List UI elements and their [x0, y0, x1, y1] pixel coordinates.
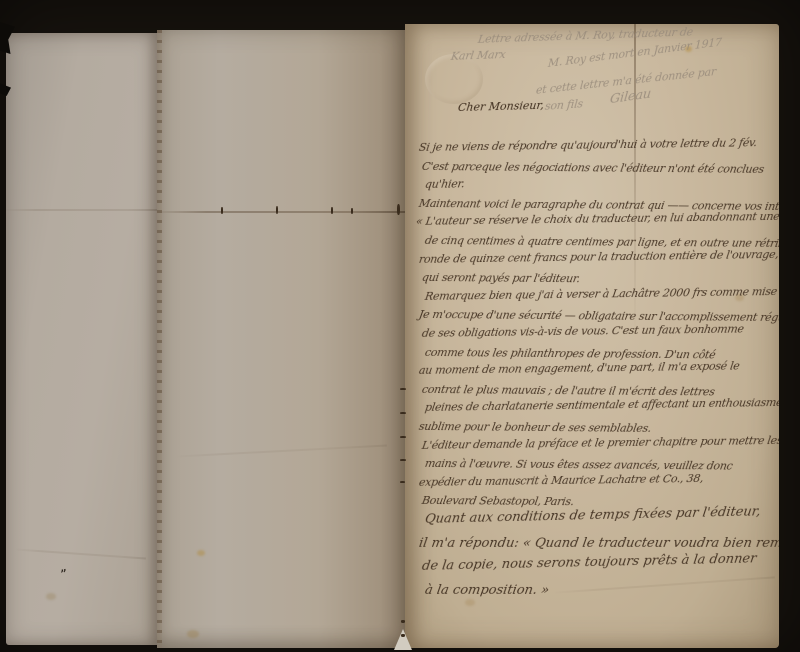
letter-line: C'est parceque les négociations avec l'é…	[421, 160, 765, 176]
stitch-mark	[400, 388, 406, 390]
stitch-mark	[221, 207, 223, 214]
stain-spot	[46, 593, 56, 600]
fold-seam-left	[157, 30, 162, 648]
ink-speck: „	[59, 561, 67, 575]
stitch-mark	[351, 208, 353, 214]
fold-crease-stitched	[157, 211, 405, 213]
fold-crease	[16, 548, 146, 559]
letter-back-panel-middle	[157, 30, 405, 648]
letter-line: Boulevard Sebastopol, Paris.	[421, 494, 575, 508]
letter-line: Si je ne viens de répondre qu'aujourd'hu…	[418, 136, 758, 154]
stitch-mark	[401, 620, 405, 623]
stitch-mark	[331, 207, 333, 214]
letter-line: qu'hier.	[424, 178, 465, 192]
pencil-name-karl-marx: Karl Marx	[450, 48, 506, 63]
letter-line: L'éditeur demande la préface et le premi…	[421, 434, 779, 452]
letter-line: qui seront payés par l'éditeur.	[421, 271, 581, 285]
stain-spot	[187, 630, 199, 638]
letter-line: Remarquez bien que j'ai à verser à Lachâ…	[424, 284, 779, 303]
stitch-mark	[397, 204, 400, 215]
letter-line: expédier du manuscrit à Maurice Lachatre…	[418, 472, 704, 489]
letter-greeting: Cher Monsieur,	[457, 99, 545, 114]
fold-crease	[177, 445, 387, 458]
letter-line: contrat le plus mauvais ; de l'autre il …	[421, 383, 716, 399]
letter-line: Quant aux conditions de temps fixées par…	[424, 504, 762, 527]
letter-line: mains à l'œuvre. Si vous êtes assez avan…	[424, 457, 734, 473]
letter-page: Lettre adressée à M. Roy, traducteur de …	[405, 24, 779, 648]
stitch-mark	[400, 412, 406, 414]
letter-line: de la copie, nous serons toujours prêts …	[421, 551, 757, 574]
stitch-mark	[400, 459, 406, 461]
stitch-mark	[276, 206, 278, 214]
stitch-mark	[400, 481, 405, 483]
letter-line: sublime pour le bonheur de ses semblable…	[418, 420, 652, 435]
letter-line: il m'a répondu: « Quand le traducteur vo…	[418, 536, 779, 551]
letter-line: comme tous les philanthropes de professi…	[424, 346, 717, 362]
letter-line: au moment de mon engagement, d'une part,…	[418, 360, 740, 378]
photograph: „ Lettre adressée à M. Roy, traducteur d…	[0, 0, 800, 652]
letter-back-panel-left: „	[6, 33, 157, 645]
stain-spot	[465, 599, 475, 606]
pencil-signature: Gileau	[609, 86, 652, 107]
stitch-mark	[400, 436, 406, 438]
letter-line: à la composition. »	[424, 583, 551, 598]
letter-line: pleines de charlatanerie sentimentale et…	[424, 396, 779, 414]
letter-line: ronde de quinze cent francs pour la trad…	[418, 248, 779, 266]
letter-line: « L'auteur se réserve le choix du traduc…	[415, 209, 779, 228]
stitch-mark	[401, 634, 405, 637]
page-crease	[555, 576, 775, 593]
letter-line: de ses obligations vis-à-vis de vous. C'…	[421, 322, 745, 340]
stain-spot	[197, 550, 205, 556]
fold-crease	[6, 209, 157, 211]
pencil-line-4: son fils	[544, 97, 583, 113]
